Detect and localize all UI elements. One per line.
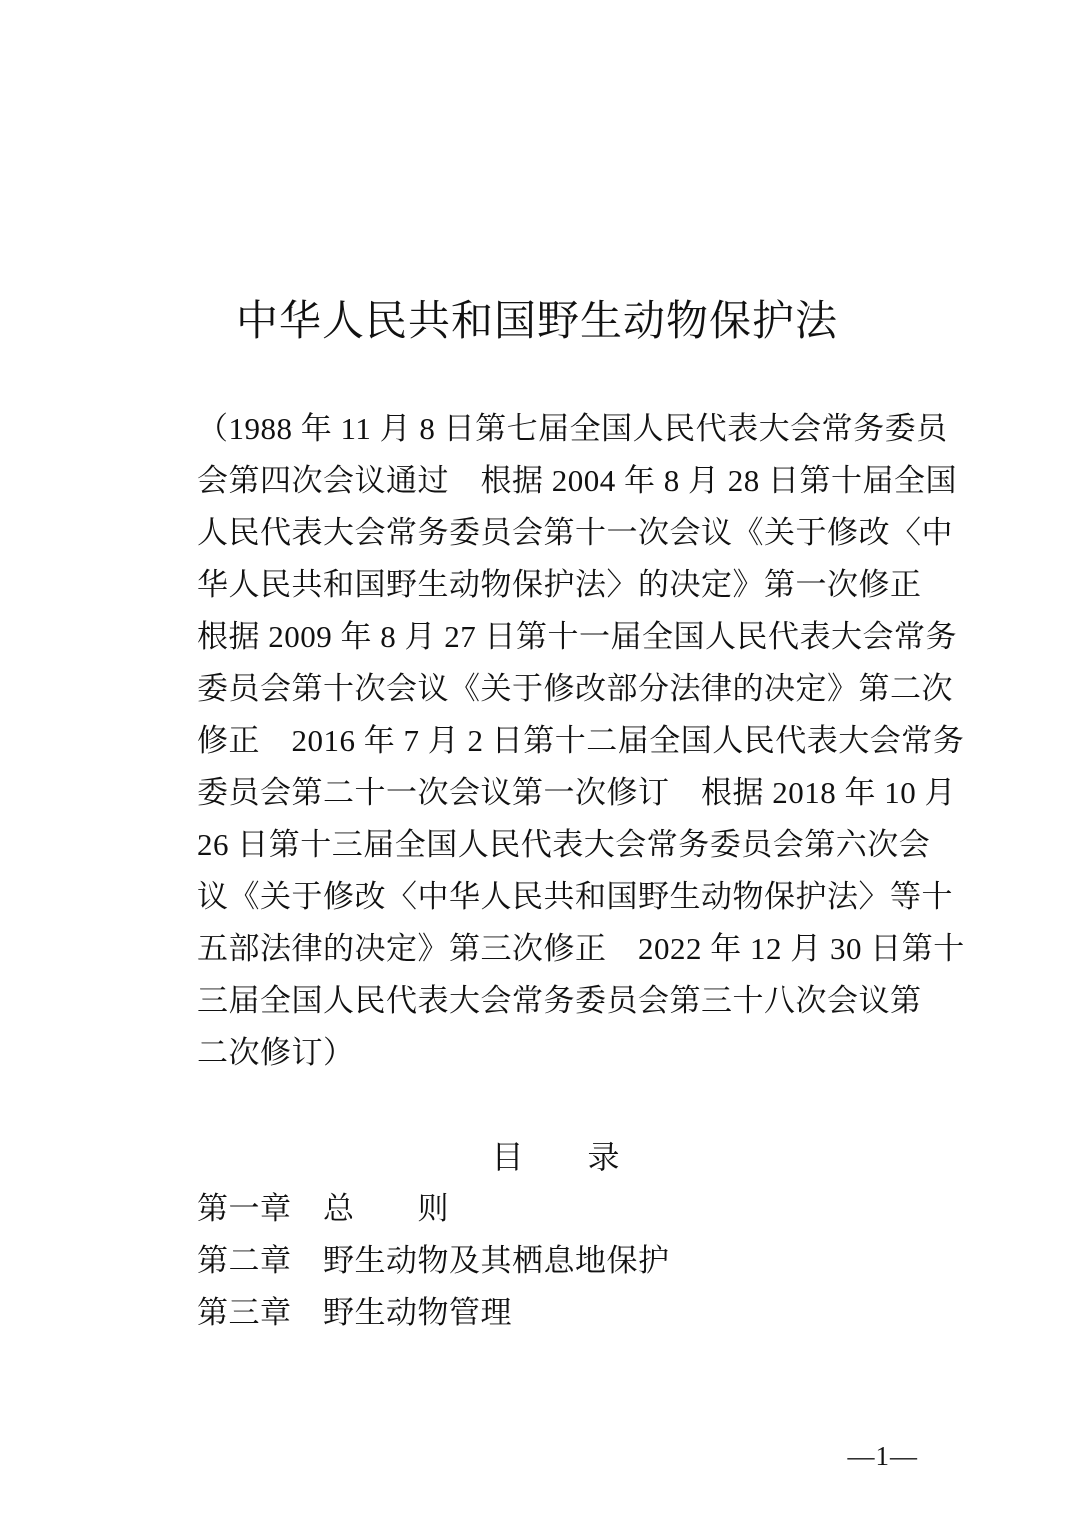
toc-item-chapter-3: 第三章 野生动物管理 <box>197 1287 914 1339</box>
preamble-line: 人民代表大会常务委员会第十一次会议《关于修改〈中 <box>197 507 914 559</box>
spacer <box>197 1079 914 1131</box>
page-number: —1— <box>848 1440 919 1472</box>
preamble-line: （1988 年 11 月 8 日第七届全国人民代表大会常务委员 <box>197 403 914 455</box>
table-of-contents: 目 录 第一章 总 则 第二章 野生动物及其栖息地保护 第三章 野生动物管理 <box>197 1131 914 1339</box>
toc-heading: 目 录 <box>197 1131 914 1183</box>
preamble-paragraph: （1988 年 11 月 8 日第七届全国人民代表大会常务委员 会第四次会议通过… <box>197 403 914 1079</box>
toc-item-chapter-1: 第一章 总 则 <box>197 1183 914 1235</box>
preamble-line: 根据 2009 年 8 月 27 日第十一届全国人民代表大会常务 <box>197 611 914 663</box>
preamble-line: 委员会第二十一次会议第一次修订 根据 2018 年 10 月 <box>197 767 914 819</box>
preamble-line: 二次修订） <box>197 1027 914 1079</box>
preamble-line: 议《关于修改〈中华人民共和国野生动物保护法〉等十 <box>197 871 914 923</box>
document-content: （1988 年 11 月 8 日第七届全国人民代表大会常务委员 会第四次会议通过… <box>0 403 1074 1339</box>
document-page: 中华人民共和国野生动物保护法 （1988 年 11 月 8 日第七届全国人民代表… <box>0 0 1074 1520</box>
preamble-line: 五部法律的决定》第三次修正 2022 年 12 月 30 日第十 <box>197 923 914 975</box>
preamble-line: 26 日第十三届全国人民代表大会常务委员会第六次会 <box>197 819 914 871</box>
preamble-line: 委员会第十次会议《关于修改部分法律的决定》第二次 <box>197 663 914 715</box>
toc-item-chapter-2: 第二章 野生动物及其栖息地保护 <box>197 1235 914 1287</box>
preamble-line: 三届全国人民代表大会常务委员会第三十八次会议第 <box>197 975 914 1027</box>
preamble-line: 修正 2016 年 7 月 2 日第十二届全国人民代表大会常务 <box>197 715 914 767</box>
preamble-line: 会第四次会议通过 根据 2004 年 8 月 28 日第十届全国 <box>197 455 914 507</box>
document-title: 中华人民共和国野生动物保护法 <box>0 0 1074 348</box>
preamble-line: 华人民共和国野生动物保护法〉的决定》第一次修正 <box>197 559 914 611</box>
